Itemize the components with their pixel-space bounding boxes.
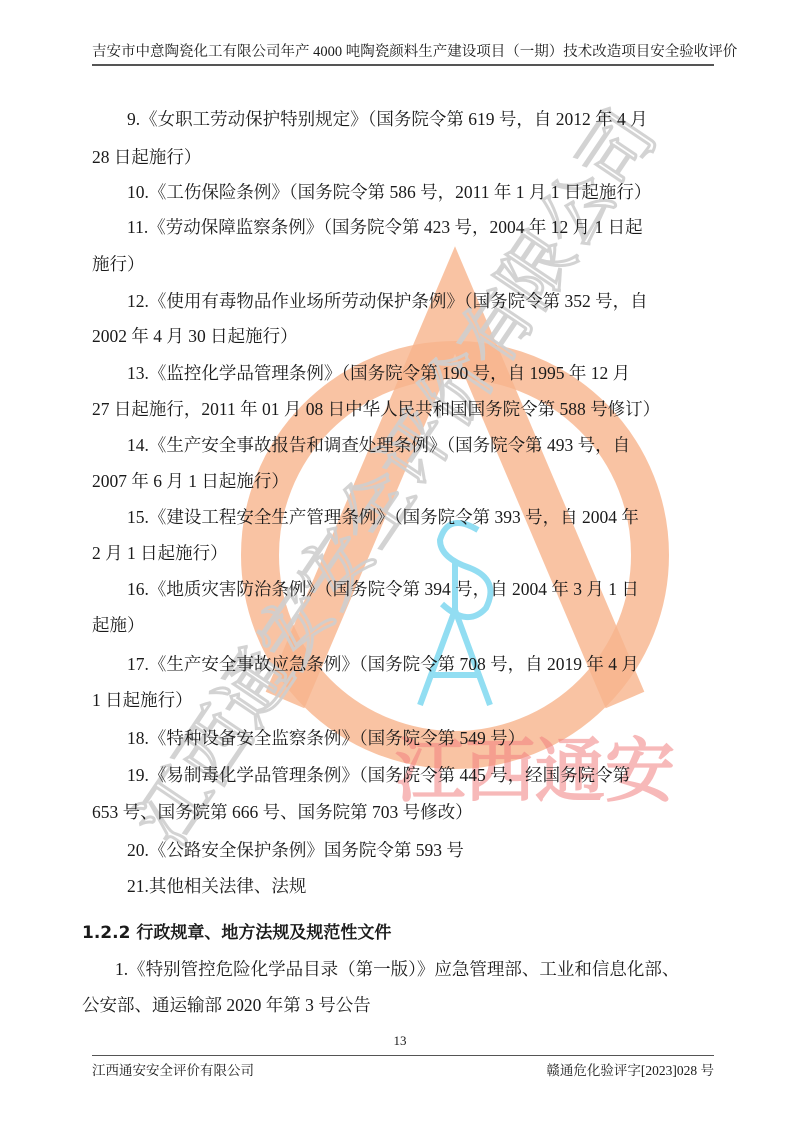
header-rule (92, 64, 714, 66)
footer-doc-number: 赣通危化验评字[2023]028 号 (546, 1059, 714, 1079)
law-item-17: 17.《生产安全事故应急条例》（国务院令第 708 号，自 2019 年 4 月 (127, 652, 639, 676)
law-item-12: 12.《使用有毒物品作业场所劳动保护条例》（国务院令第 352 号，自 (127, 289, 648, 313)
law-item-13: 13.《监控化学品管理条例》（国务院令第 190 号，自 1995 年 12 月 (127, 361, 630, 385)
law-item-20: 20.《公路安全保护条例》国务院令第 593 号 (127, 838, 464, 862)
law-item-14: 14.《生产安全事故报告和调查处理条例》（国务院令第 493 号，自 (127, 433, 630, 457)
law-item-11-cont: 施行） (92, 252, 145, 276)
law-item-12-cont: 2002 年 4 月 30 日起施行） (92, 324, 298, 348)
law-item-21: 21.其他相关法律、法规 (127, 874, 306, 898)
header-title: 吉安市中意陶瓷化工有限公司年产 4000 吨陶瓷颜料生产建设项目（一期）技术改造… (92, 40, 712, 61)
law-item-16: 16.《地质灾害防治条例》（国务院令第 394 号，自 2004 年 3 月 1… (127, 577, 639, 601)
regulation-item-1-cont: 公安部、通运输部 2020 年第 3 号公告 (82, 993, 371, 1017)
regulation-item-1: 1.《特别管控危险化学品目录（第一版）》应急管理部、工业和信息化部、 (115, 957, 679, 981)
footer-company: 江西通安安全评价有限公司 (92, 1059, 254, 1079)
law-item-15: 15.《建设工程安全生产管理条例》（国务院令第 393 号，自 2004 年 (127, 505, 639, 529)
law-item-9-cont: 28 日起施行） (92, 145, 201, 169)
footer-rule (92, 1055, 714, 1056)
law-item-19-cont: 653 号、国务院第 666 号、国务院第 703 号修改） (92, 800, 473, 824)
law-item-15-cont: 2 月 1 日起施行） (92, 541, 228, 565)
law-item-14-cont: 2007 年 6 月 1 日起施行） (92, 469, 289, 493)
law-item-18: 18.《特种设备安全监察条例》（国务院令第 549 号） (127, 726, 525, 750)
law-item-19: 19.《易制毒化学品管理条例》（国务院令第 445 号，经国务院令第 (127, 763, 630, 787)
section-heading: 1.2.2 行政规章、地方法规及规范性文件 (82, 918, 391, 943)
law-item-17-cont: 1 日起施行） (92, 688, 193, 712)
law-item-11: 11.《劳动保障监察条例》（国务院令第 423 号，2004 年 12 月 1 … (127, 215, 643, 239)
law-item-13-cont: 27 日起施行，2011 年 01 月 08 日中华人民共和国国务院令第 588… (92, 397, 660, 421)
law-item-10: 10.《工伤保险条例》（国务院令第 586 号，2011 年 1 月 1 日起施… (127, 180, 651, 204)
page-number: 13 (0, 1033, 800, 1049)
law-item-16-cont: 起施） (92, 613, 145, 637)
law-item-9: 9.《女职工劳动保护特别规定》（国务院令第 619 号，自 2012 年 4 月 (127, 107, 648, 131)
